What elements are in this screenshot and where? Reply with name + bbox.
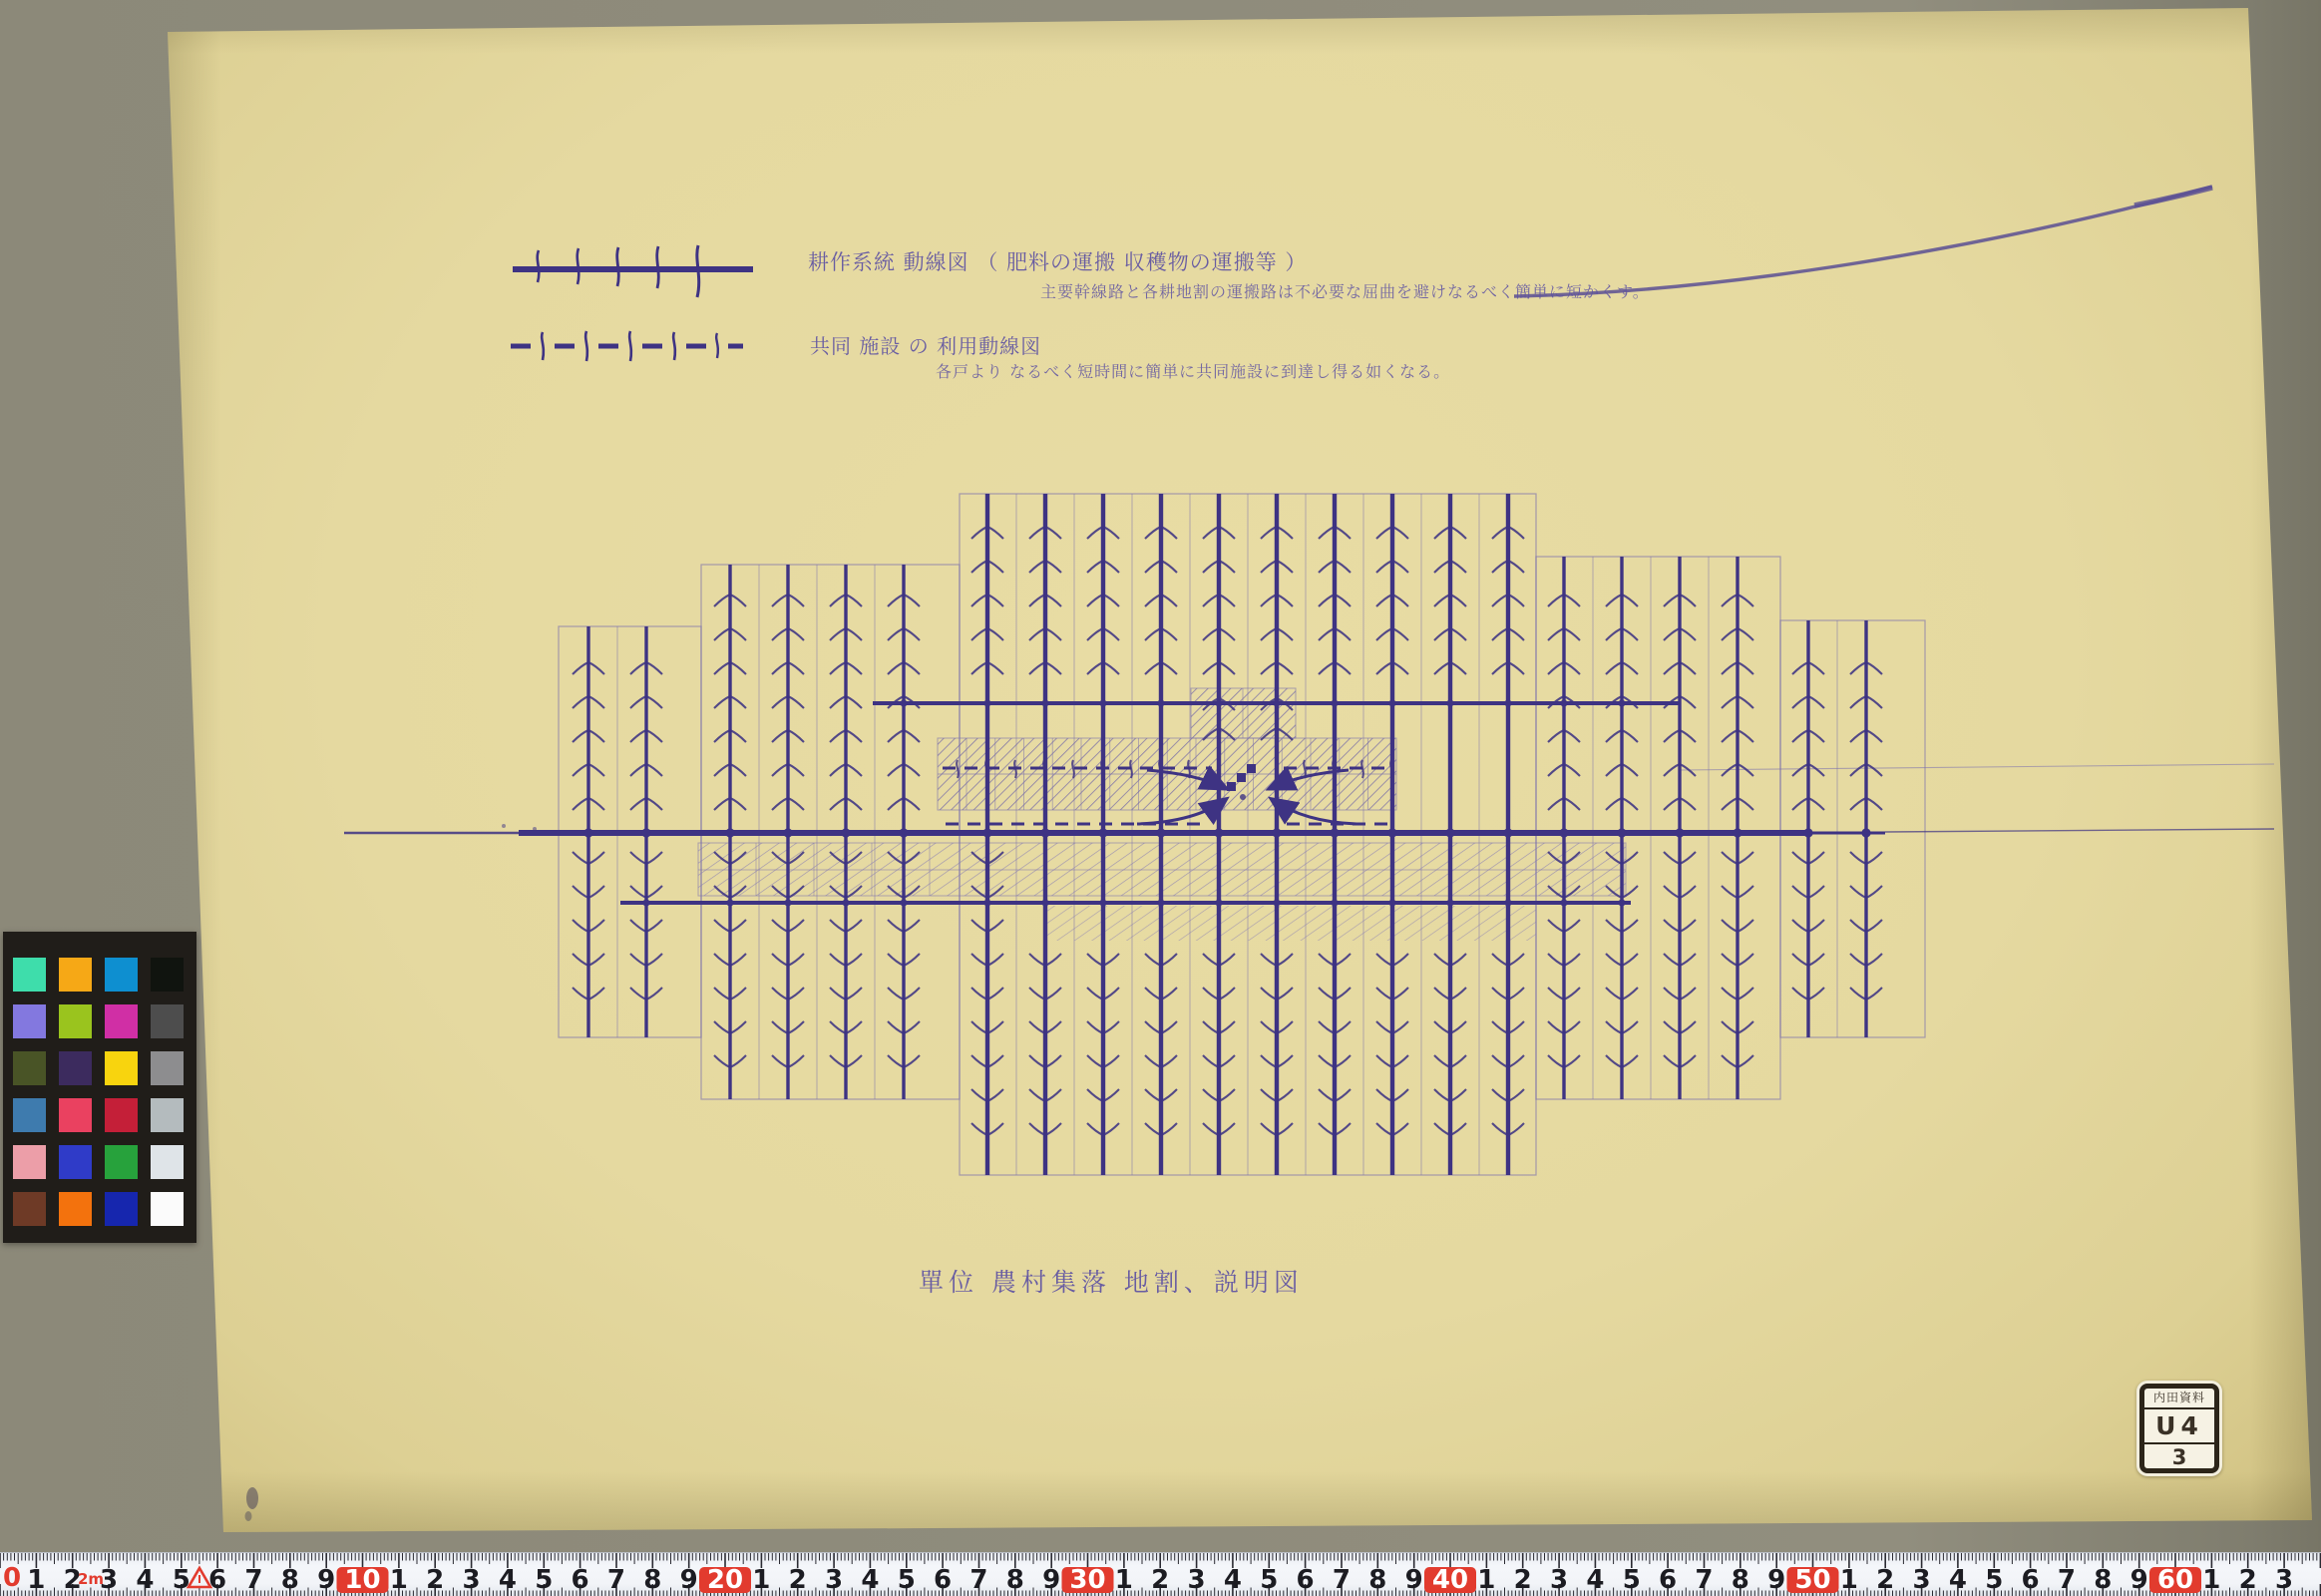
svg-text:9: 9 [1767, 1565, 1785, 1595]
svg-text:2: 2 [1151, 1565, 1169, 1595]
drawing-caption: 單位 農村集落 地割、説明図 [919, 1263, 1304, 1299]
color-patch [59, 958, 92, 992]
scanner-background: 耕作系統 動線図 （ 肥料の運搬 収穫物の運搬等 ） 主要幹線路と各耕地割の運搬… [0, 0, 2321, 1596]
svg-text:7: 7 [969, 1565, 987, 1595]
svg-text:1: 1 [1840, 1565, 1858, 1595]
svg-text:0: 0 [3, 1563, 21, 1593]
communal-route-legend-icon [511, 328, 750, 368]
svg-text:2: 2 [2239, 1565, 2257, 1595]
svg-text:8: 8 [1732, 1565, 1749, 1595]
svg-text:5: 5 [1623, 1565, 1641, 1595]
svg-text:30: 30 [1069, 1565, 1105, 1595]
color-patch [151, 1051, 184, 1085]
svg-text:4: 4 [1586, 1565, 1604, 1595]
svg-text:10: 10 [344, 1565, 380, 1595]
svg-text:6: 6 [2022, 1565, 2040, 1595]
svg-text:8: 8 [1368, 1565, 1386, 1595]
archive-label-frame: 内田資料 U4 3 [2139, 1384, 2219, 1473]
svg-text:1: 1 [390, 1565, 408, 1595]
svg-text:3: 3 [1550, 1565, 1568, 1595]
color-patch [13, 958, 46, 992]
svg-text:3: 3 [825, 1565, 843, 1595]
svg-text:5: 5 [535, 1565, 553, 1595]
color-calibration-chart [3, 932, 196, 1243]
svg-text:7: 7 [607, 1565, 625, 1595]
svg-text:2: 2 [1876, 1565, 1894, 1595]
legend-row2-note: 各戸より なるべく短時間に簡単に共同施設に到達し得る如くなる。 [936, 359, 1450, 382]
svg-text:20: 20 [707, 1565, 743, 1595]
svg-text:8: 8 [2094, 1565, 2112, 1595]
color-patch [13, 1051, 46, 1085]
archive-label-number: 3 [2144, 1444, 2214, 1470]
svg-text:1: 1 [1115, 1565, 1133, 1595]
svg-text:8: 8 [281, 1565, 299, 1595]
legend-row1-note: 主要幹線路と各耕地割の運搬路は不必要な屈曲を避けなるべく簡単に短かくす。 [1040, 279, 1650, 302]
color-patch [105, 1051, 138, 1085]
svg-text:2: 2 [789, 1565, 807, 1595]
ruler-scale: 0123456789101234567892012345678930123456… [0, 1553, 2321, 1596]
color-patch [59, 1004, 92, 1038]
svg-text:8: 8 [1006, 1565, 1024, 1595]
svg-text:3: 3 [1188, 1565, 1206, 1595]
color-patch [105, 1098, 138, 1132]
color-patch [105, 1145, 138, 1179]
svg-text:5: 5 [1985, 1565, 2003, 1595]
svg-text:7: 7 [1695, 1565, 1713, 1595]
color-patch [13, 1145, 46, 1179]
measuring-tape-ruler: 0123456789101234567892012345678930123456… [0, 1552, 2321, 1596]
svg-text:9: 9 [2130, 1565, 2148, 1595]
svg-text:50: 50 [1794, 1565, 1830, 1595]
color-patch [13, 1004, 46, 1038]
svg-text:7: 7 [1333, 1565, 1351, 1595]
svg-text:1: 1 [752, 1565, 770, 1595]
color-patch [13, 1192, 46, 1226]
svg-text:7: 7 [244, 1565, 262, 1595]
svg-text:9: 9 [317, 1565, 335, 1595]
svg-text:9: 9 [680, 1565, 698, 1595]
svg-text:9: 9 [1405, 1565, 1423, 1595]
color-patch [151, 1098, 184, 1132]
svg-text:4: 4 [861, 1565, 879, 1595]
svg-text:6: 6 [1659, 1565, 1677, 1595]
color-patch [151, 958, 184, 992]
svg-text:9: 9 [1042, 1565, 1060, 1595]
svg-text:2m: 2m [78, 1570, 104, 1588]
archive-label-collection: 内田資料 [2144, 1389, 2214, 1409]
color-patch [151, 1004, 184, 1038]
svg-text:6: 6 [208, 1565, 226, 1595]
svg-text:40: 40 [1432, 1565, 1468, 1595]
svg-text:4: 4 [136, 1565, 154, 1595]
svg-text:5: 5 [898, 1565, 916, 1595]
color-patch [105, 958, 138, 992]
svg-text:4: 4 [499, 1565, 517, 1595]
archive-label-code: U4 [2144, 1409, 2214, 1444]
color-patch [151, 1192, 184, 1226]
archive-label: 内田資料 U4 3 [2136, 1381, 2222, 1476]
svg-text:4: 4 [1224, 1565, 1242, 1595]
svg-text:1: 1 [2202, 1565, 2220, 1595]
color-patch [59, 1192, 92, 1226]
svg-text:1: 1 [27, 1565, 45, 1595]
svg-text:3: 3 [2275, 1565, 2293, 1595]
ink-smudge [246, 1487, 258, 1509]
legend-row1-title: 耕作系統 動線図 （ 肥料の運搬 収穫物の運搬等 ） [808, 246, 1307, 276]
color-patch [151, 1145, 184, 1179]
color-patch [59, 1098, 92, 1132]
svg-text:2: 2 [426, 1565, 444, 1595]
svg-text:8: 8 [643, 1565, 661, 1595]
svg-text:3: 3 [463, 1565, 481, 1595]
svg-text:4: 4 [1949, 1565, 1967, 1595]
svg-text:7: 7 [2058, 1565, 2076, 1595]
svg-text:5: 5 [173, 1565, 191, 1595]
color-patch [105, 1192, 138, 1226]
svg-text:1: 1 [1477, 1565, 1495, 1595]
site-plan-diagram [0, 0, 2321, 1596]
svg-text:60: 60 [2157, 1565, 2193, 1595]
trunk-route-legend-icon [511, 242, 760, 300]
svg-text:3: 3 [1913, 1565, 1931, 1595]
svg-text:6: 6 [572, 1565, 589, 1595]
svg-text:6: 6 [934, 1565, 952, 1595]
svg-text:2: 2 [1514, 1565, 1532, 1595]
legend-row2-title: 共同 施設 の 利用動線図 [810, 330, 1041, 359]
svg-text:5: 5 [1260, 1565, 1278, 1595]
color-patch [59, 1051, 92, 1085]
color-patch [59, 1145, 92, 1179]
color-patch [105, 1004, 138, 1038]
color-patch [13, 1098, 46, 1132]
svg-text:6: 6 [1297, 1565, 1315, 1595]
